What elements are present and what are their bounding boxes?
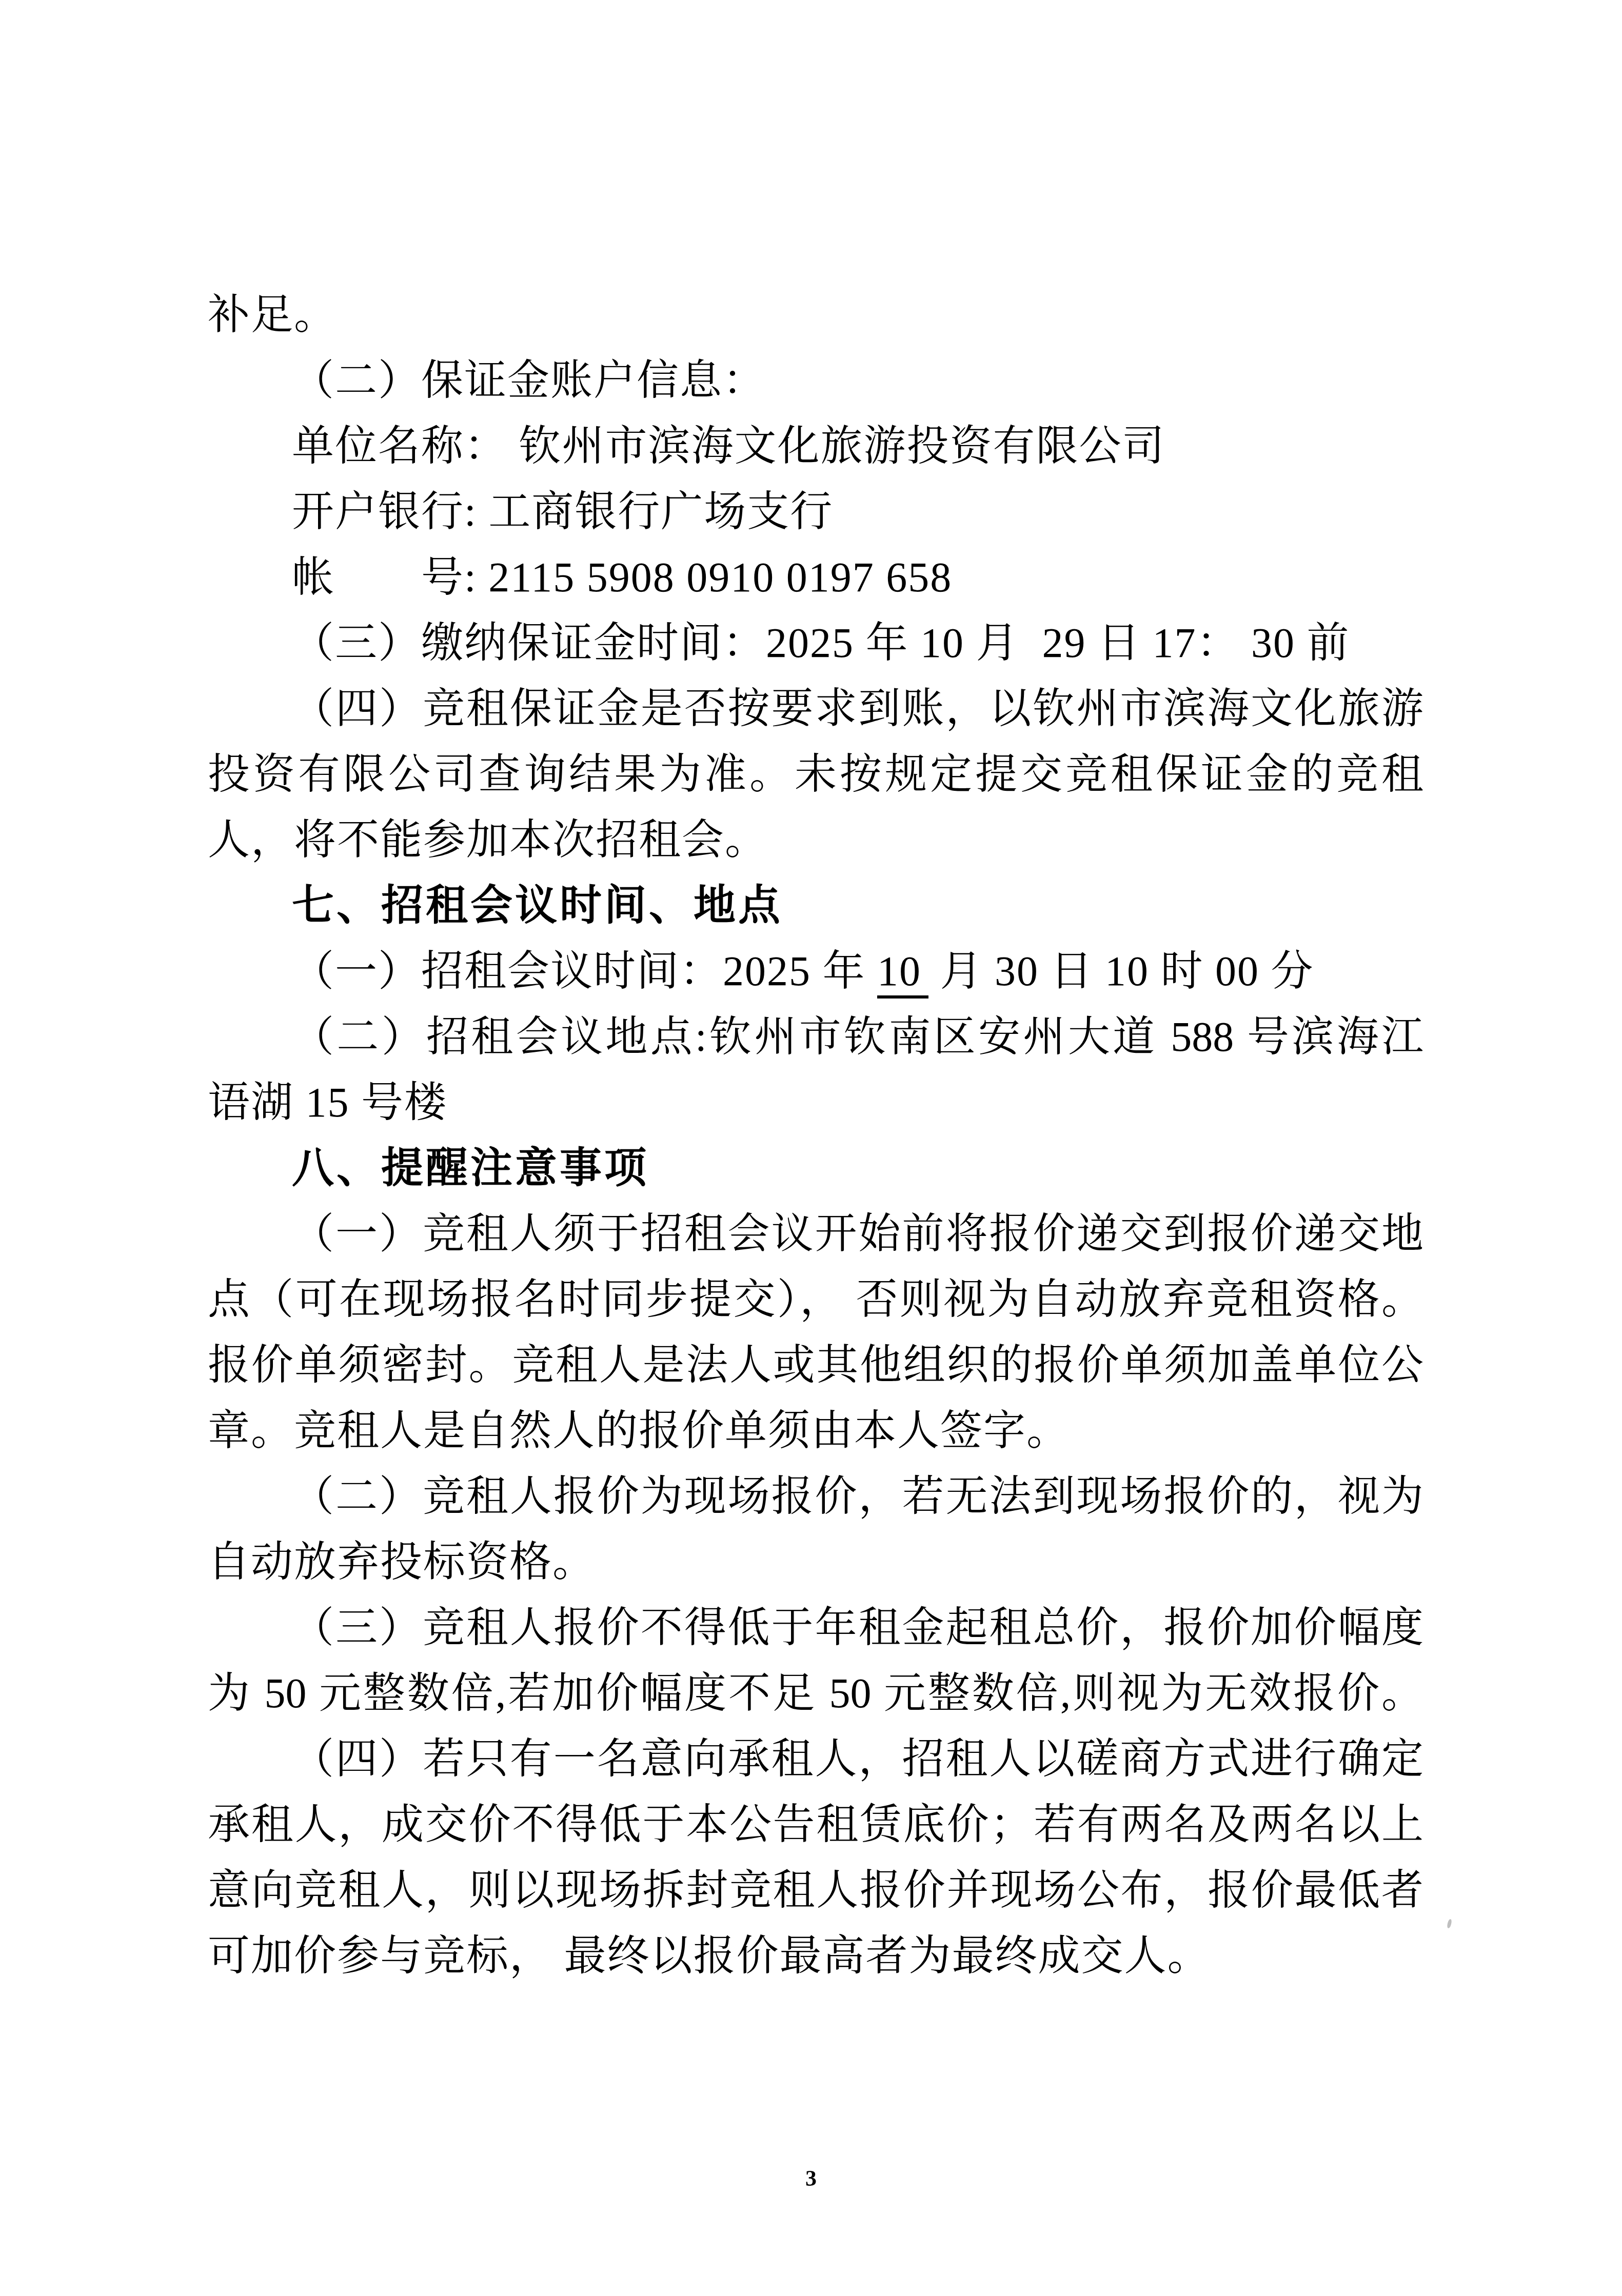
text-segment: （二）保证金账户信息：: [292, 357, 766, 404]
section-heading: 七、招租会议时间、地点: [208, 873, 1423, 939]
text-segment: （二）竞租人报价为现场报价，若无法到现场报价的，视为: [292, 1473, 1423, 1520]
text-line: （二）招租会议地点:钦州市钦南区安州大道 588 号滨海江: [208, 1004, 1423, 1070]
text-segment: （二）招租会议地点:钦州市钦南区安州大道 588 号滨海江: [292, 1013, 1423, 1060]
scan-artifact: [1447, 1919, 1452, 1928]
text-segment: 语湖 15 号楼: [208, 1079, 447, 1126]
text-line: 语湖 15 号楼: [208, 1070, 1423, 1135]
text-line: 自动放弃投标资格。: [208, 1529, 1423, 1595]
text-block: 补足。（二）保证金账户信息：单位名称： 钦州市滨海文化旅游投资有限公司开户银行:…: [208, 282, 1423, 1989]
text-line: 报价单须密封。竞租人是法人或其他组织的报价单须加盖单位公: [208, 1332, 1423, 1398]
text-line: （三）竞租人报价不得低于年租金起租总价，报价加价幅度: [208, 1595, 1423, 1661]
text-segment: （三）竞租人报价不得低于年租金起租总价，报价加价幅度: [292, 1604, 1423, 1651]
text-line: （一）竞租人须于招租会议开始前将报价递交到报价递交地: [208, 1201, 1423, 1267]
text-segment: 报价单须密封。竞租人是法人或其他组织的报价单须加盖单位公: [208, 1342, 1423, 1388]
text-segment: 自动放弃投标资格。: [208, 1539, 596, 1585]
text-segment: 补足。: [208, 291, 337, 338]
text-segment: 开户银行: 工商银行广场支行: [292, 488, 833, 535]
text-segment: 承租人，成交价不得低于本公告租赁底价；若有两名及两名以上: [208, 1801, 1423, 1848]
text-segment: （一）招租会议时间：2025 年: [292, 948, 877, 994]
text-segment: （三）缴纳保证金时间：2025 年 10 月 29 日 17： 30 前: [292, 620, 1350, 666]
text-line: 意向竞租人，则以现场拆封竞租人报价并现场公布，报价最低者: [208, 1858, 1423, 1923]
document-page: 补足。（二）保证金账户信息：单位名称： 钦州市滨海文化旅游投资有限公司开户银行:…: [0, 0, 1622, 2296]
text-line: 承租人，成交价不得低于本公告租赁底价；若有两名及两名以上: [208, 1792, 1423, 1858]
text-line: 单位名称： 钦州市滨海文化旅游投资有限公司: [208, 413, 1423, 479]
text-segment: （一）竞租人须于招租会议开始前将报价递交到报价递交地: [292, 1210, 1423, 1257]
text-line: 补足。: [208, 282, 1423, 348]
text-segment: 意向竞租人，则以现场拆封竞租人报价并现场公布，报价最低者: [208, 1867, 1423, 1913]
text-line: 点（可在现场报名时同步提交）， 否则视为自动放弃竞租资格。: [208, 1267, 1423, 1332]
text-line: 投资有限公司查询结果为准。未按规定提交竞租保证金的竞租: [208, 742, 1423, 807]
text-line: 开户银行: 工商银行广场支行: [208, 479, 1423, 545]
page-number: 3: [0, 2165, 1622, 2191]
text-line: （三）缴纳保证金时间：2025 年 10 月 29 日 17： 30 前: [208, 610, 1423, 676]
text-segment: （四）竞租保证金是否按要求到账，以钦州市滨海文化旅游: [292, 685, 1423, 732]
text-line: （四）竞租保证金是否按要求到账，以钦州市滨海文化旅游: [208, 676, 1423, 742]
text-segment: 七、招租会议时间、地点: [292, 882, 783, 929]
text-line: 人，将不能参加本次招租会。: [208, 807, 1423, 873]
text-segment: 人，将不能参加本次招租会。: [208, 816, 768, 863]
text-line: （二）竞租人报价为现场报价，若无法到现场报价的，视为: [208, 1464, 1423, 1529]
text-segment: 为 50 元整数倍,若加价幅度不足 50 元整数倍,则视为无效报价。: [208, 1670, 1423, 1716]
section-heading: 八、提醒注意事项: [208, 1135, 1423, 1201]
text-line: 可加价参与竞标， 最终以报价最高者为最终成交人。: [208, 1923, 1423, 1989]
text-line: 章。竞租人是自然人的报价单须由本人签字。: [208, 1398, 1423, 1464]
text-segment: 章。竞租人是自然人的报价单须由本人签字。: [208, 1407, 1070, 1454]
text-segment: 可加价参与竞标， 最终以报价最高者为最终成交人。: [208, 1932, 1211, 1979]
text-segment: 帐 号: 2115 5908 0910 0197 658: [292, 554, 952, 601]
text-segment: 单位名称： 钦州市滨海文化旅游投资有限公司: [292, 423, 1165, 469]
text-segment: 点（可在现场报名时同步提交）， 否则视为自动放弃竞租资格。: [208, 1276, 1423, 1323]
text-line: （一）招租会议时间：2025 年 10 月 30 日 10 时 00 分: [208, 939, 1423, 1004]
text-segment: （四）若只有一名意向承租人，招租人以磋商方式进行确定: [292, 1735, 1423, 1782]
text-line: （二）保证金账户信息：: [208, 348, 1423, 413]
text-segment: 月 30 日 10 时 00 分: [928, 948, 1314, 994]
text-line: （四）若只有一名意向承租人，招租人以磋商方式进行确定: [208, 1726, 1423, 1792]
underlined-date: 10: [877, 948, 928, 999]
text-segment: 投资有限公司查询结果为准。未按规定提交竞租保证金的竞租: [208, 751, 1423, 797]
text-segment: 八、提醒注意事项: [292, 1145, 649, 1191]
text-line: 帐 号: 2115 5908 0910 0197 658: [208, 545, 1423, 610]
text-line: 为 50 元整数倍,若加价幅度不足 50 元整数倍,则视为无效报价。: [208, 1661, 1423, 1726]
